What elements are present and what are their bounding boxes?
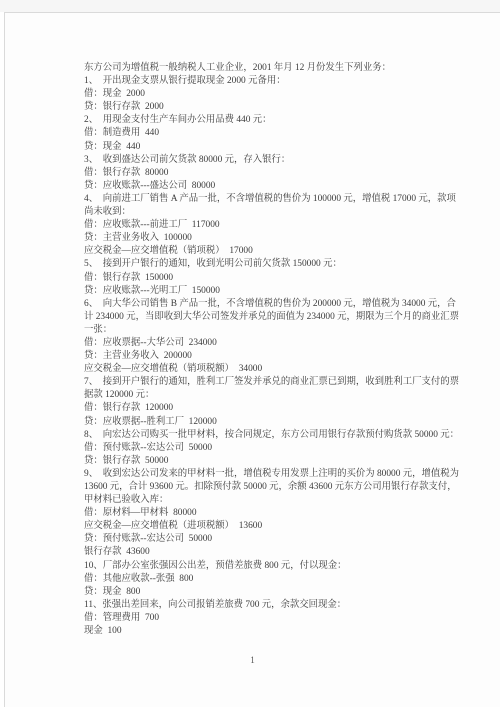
text-line: 现金 100	[84, 625, 474, 638]
document-text-block: 东方公司为增值税一般纳税人工业企业，2001 年月 12 月份发生下列业务：1、…	[84, 62, 474, 638]
text-line: 借：银行存款 150000	[84, 272, 474, 285]
text-line: 借：其他应收款--张强 800	[84, 573, 474, 586]
text-line: 2、 用现金支付生产车间办公用品费 440 元：	[84, 114, 474, 127]
text-line: 10、厂部办公室张强因公出差，预借差旅费 800 元，付以现金：	[84, 560, 474, 573]
text-line: 借：现金 2000	[84, 88, 474, 101]
text-line: 贷：预付账款--宏达公司 50000	[84, 533, 474, 546]
text-line: 贷：主营业务收入 100000	[84, 232, 474, 245]
text-line: 借：应收票据--大华公司 234000	[84, 337, 474, 350]
text-line: 贷：主营业务收入 200000	[84, 350, 474, 363]
text-line: 东方公司为增值税一般纳税人工业企业，2001 年月 12 月份发生下列业务：	[84, 62, 474, 75]
text-line: 贷：银行存款 2000	[84, 101, 474, 114]
text-line: 一张：	[84, 324, 474, 337]
text-line: 计 234000 元，当即收到大华公司签发并承兑的面值为 234000 元，期限…	[84, 311, 474, 324]
text-line: 借：预付账款--宏达公司 50000	[84, 442, 474, 455]
text-line: 借：制造费用 440	[84, 127, 474, 140]
text-line: 据款 120000 元：	[84, 389, 474, 402]
text-line: 应交税金—应交增值税（销项税） 17000	[84, 245, 474, 258]
text-line: 借：银行存款 120000	[84, 402, 474, 415]
text-line: 贷：现金 800	[84, 586, 474, 599]
text-line: 8、 向宏达公司购买一批甲材料，按合同规定，东方公司用银行存款预付购货款 500…	[84, 429, 474, 442]
text-line: 贷：现金 440	[84, 141, 474, 154]
document-page: 东方公司为增值税一般纳税人工业企业，2001 年月 12 月份发生下列业务：1、…	[4, 12, 500, 707]
text-line: 6、 向大华公司销售 B 产品一批，不含增值税的售价为 200000 元，增值税…	[84, 298, 474, 311]
text-line: 应交税金—应交增值税（销项税额） 34000	[84, 363, 474, 376]
text-line: 13600 元，合计 93600 元。扣除预付款 50000 元，余额 4360…	[84, 481, 474, 494]
text-line: 甲材料已验收入库：	[84, 494, 474, 507]
page-number: 1	[5, 655, 500, 665]
text-line: 借：原材料—甲材料 80000	[84, 507, 474, 520]
text-line: 11、张强出差回来，向公司报销差旅费 700 元，余款交回现金：	[84, 599, 474, 612]
text-line: 银行存款 43600	[84, 546, 474, 559]
text-line: 1、 开出现金支票从银行提取现金 2000 元备用：	[84, 75, 474, 88]
text-line: 贷：银行存款 50000	[84, 455, 474, 468]
text-line: 7、 接到开户银行的通知，胜利工厂签发并承兑的商业汇票已到期，收到胜利工厂支付的…	[84, 376, 474, 389]
text-line: 5、 接到开户银行的通知，收到光明公司前欠货款 150000 元：	[84, 258, 474, 271]
text-line: 应交税金—应交增值税（进项税额） 13600	[84, 520, 474, 533]
text-line: 3、 收到盛达公司前欠货款 80000 元，存入银行：	[84, 154, 474, 167]
viewer-background-strip	[0, 0, 500, 12]
text-line: 贷：应收票据--胜利工厂 120000	[84, 416, 474, 429]
text-line: 借：应收账款---前进工厂 117000	[84, 219, 474, 232]
text-line: 借：管理费用 700	[84, 612, 474, 625]
text-line: 尚未收到：	[84, 206, 474, 219]
text-line: 贷：应收账款---盛达公司 80000	[84, 180, 474, 193]
text-line: 借：银行存款 80000	[84, 167, 474, 180]
text-line: 4、 向前进工厂销售 A 产品一批，不含增值税的售价为 100000 元，增值税…	[84, 193, 474, 206]
text-line: 贷：应收账款---光明工厂 150000	[84, 285, 474, 298]
document-viewer: 东方公司为增值税一般纳税人工业企业，2001 年月 12 月份发生下列业务：1、…	[0, 0, 500, 707]
text-line: 9、 收到宏达公司发来的甲材料一批，增值税专用发票上注明的买价为 80000 元…	[84, 468, 474, 481]
